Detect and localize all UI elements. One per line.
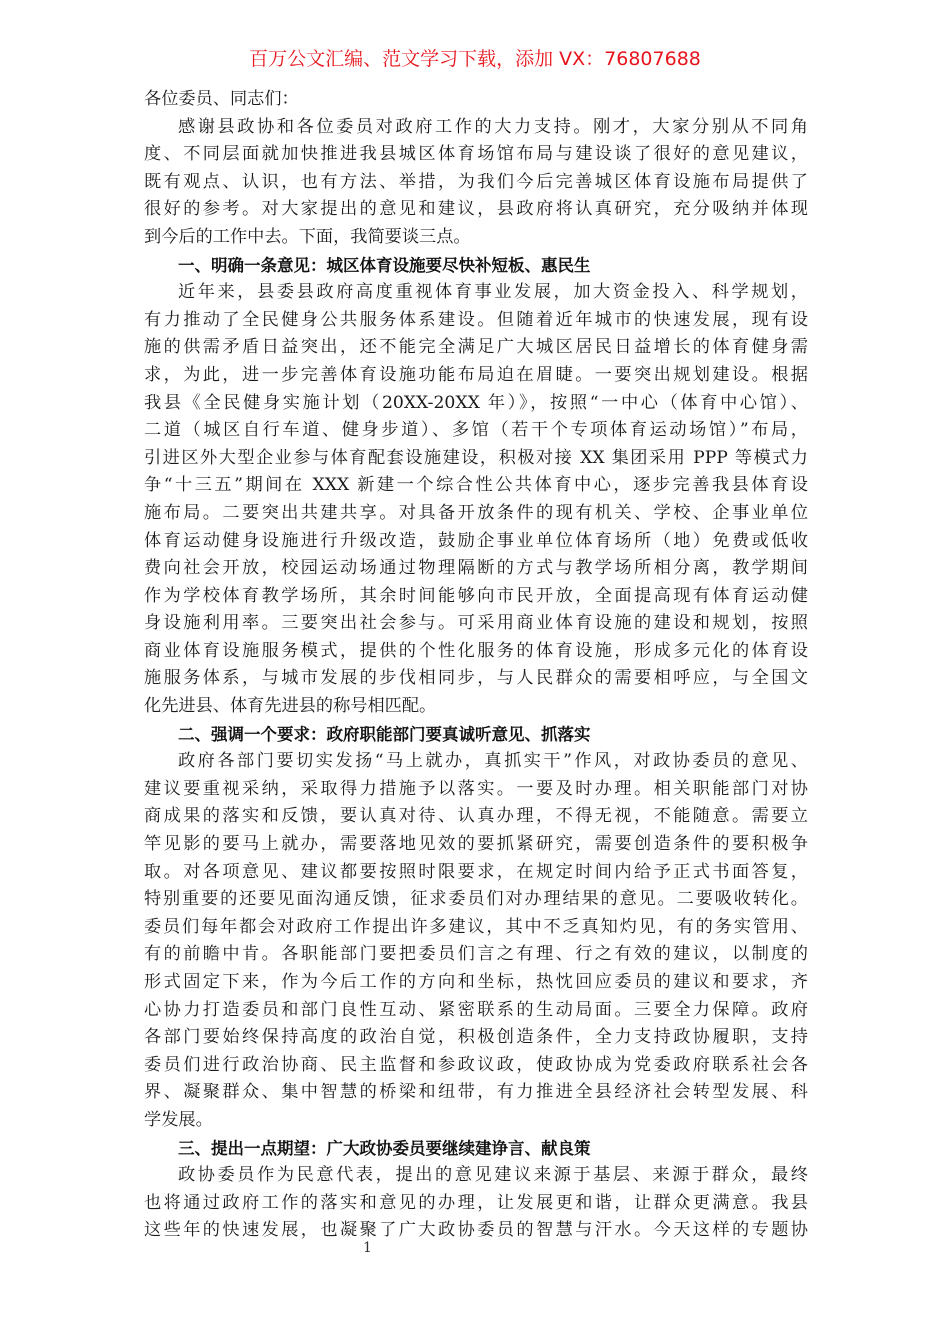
paragraph-line: 引进区外大型企业参与体育配套设施建设，积极对接 XX 集团采用 PPP 等模式力 <box>144 445 808 473</box>
paragraph-line: 求，为此，进一步完善体育设施功能布局迫在眉睫。一要突出规划建设。根据 <box>144 362 808 390</box>
paragraph-line: 商成果的落实和反馈，要认真对待、认真办理，不得无视，不能随意。需要立 <box>144 803 808 831</box>
paragraph-line: 各部门要始终保持高度的政治自觉，积极创造条件，全力支持政协履职，支持 <box>144 1024 808 1052</box>
paragraph-line: 体育运动健身设施进行升级改造，鼓励企事业单位体育场所（地）免费或低收 <box>144 528 808 556</box>
paragraph-first-line: 感谢县政协和各位委员对政府工作的大力支持。刚才，大家分别从不同角 <box>144 114 808 142</box>
paragraph-line: 委员们每年都会对政府工作提出许多建议，其中不乏真知灼见，有的务实管用、 <box>144 914 808 942</box>
paragraph-line: 委员们进行政治协商、民主监督和参政议政，使政协成为党委政府联系社会各 <box>144 1052 808 1080</box>
paragraph-line: 身设施利用率。三要突出社会参与。可采用商业体育设施的建设和规划，按照 <box>144 610 808 638</box>
page-number: 1 <box>0 1240 735 1256</box>
paragraph-line: 建议要重视采纳，采取得力措施予以落实。一要及时办理。相关职能部门对协 <box>144 776 808 804</box>
paragraph-line: 形式固定下来，作为今后工作的方向和坐标，热忱回应委员的建议和要求，齐 <box>144 969 808 997</box>
paragraph-line: 特别重要的还要见面沟通反馈，征求委员们对办理结果的意见。二要吸收转化。 <box>144 886 808 914</box>
paragraph-last-line: 化先进县、体育先进县的称号相匹配。 <box>144 693 808 721</box>
document-body: 各位委员、同志们：感谢县政协和各位委员对政府工作的大力支持。刚才，大家分别从不同… <box>144 86 808 1245</box>
section-heading: 三、提出一点期望：广大政协委员要继续建诤言、献良策 <box>144 1135 808 1163</box>
salutation: 各位委员、同志们： <box>144 86 808 114</box>
paragraph-line: 有的前瞻中肯。各职能部门要把委员们言之有理、行之有效的建议，以制度的 <box>144 941 808 969</box>
paragraph-line: 心协力打造委员和部门良性互动、紧密联系的生动局面。三要全力保障。政府 <box>144 997 808 1025</box>
paragraph-line: 度、不同层面就加快推进我县城区体育场馆布局与建设谈了很好的意见建议， <box>144 141 808 169</box>
paragraph-line: 施布局。二要突出共建共享。对具备开放条件的现有机关、学校、企事业单位 <box>144 500 808 528</box>
paragraph-first-line: 政协委员作为民意代表，提出的意见建议来源于基层、来源于群众，最终 <box>144 1162 808 1190</box>
paragraph-line: 竿见影的要马上就办，需要落地见效的要抓紧研究，需要创造条件的要积极争 <box>144 831 808 859</box>
paragraph-last-line: 学发展。 <box>144 1107 808 1135</box>
paragraph-last-line: 到今后的工作中去。下面，我简要谈三点。 <box>144 224 808 252</box>
document-page: 百万公文汇编、范文学习下载，添加 VX：76807688 各位委员、同志们：感谢… <box>0 0 950 1344</box>
section-heading: 二、强调一个要求：政府职能部门要真诚听意见、抓落实 <box>144 721 808 749</box>
paragraph-line: 作为学校体育教学场所，其余时间能够向市民开放，全面提高现有体育运动健 <box>144 583 808 611</box>
paragraph-line: 既有观点、认识，也有方法、举措，为我们今后完善城区体育设施布局提供了 <box>144 169 808 197</box>
paragraph-line: 施服务体系，与城市发展的步伐相同步，与人民群众的需要相呼应，与全国文 <box>144 665 808 693</box>
paragraph-line: 施的供需矛盾日益突出，还不能完全满足广大城区居民日益增长的体育健身需 <box>144 334 808 362</box>
paragraph-first-line: 政府各部门要切实发扬“马上就办，真抓实干”作风，对政协委员的意见、 <box>144 748 808 776</box>
paragraph-first-line: 近年来，县委县政府高度重视体育事业发展，加大资金投入、科学规划， <box>144 279 808 307</box>
paragraph-line: 有力推动了全民健身公共服务体系建设。但随着近年城市的快速发展，现有设 <box>144 307 808 335</box>
paragraph-line: 取。对各项意见、建议都要按照时限要求，在规定时间内给予正式书面答复， <box>144 859 808 887</box>
paragraph-line: 也将通过政府工作的落实和意见的办理，让发展更和谐，让群众更满意。我县 <box>144 1190 808 1218</box>
paragraph-line: 很好的参考。对大家提出的意见和建议，县政府将认真研究，充分吸纳并体现 <box>144 196 808 224</box>
paragraph-line: 我县《全民健身实施计划（20XX-20XX 年）》，按照“一中心（体育中心馆）、 <box>144 390 808 418</box>
paragraph-line: 商业体育设施服务模式，提供的个性化服务的体育设施，形成多元化的体育设 <box>144 638 808 666</box>
paragraph-line: 争“十三五”期间在 XXX 新建一个综合性公共体育中心，逐步完善我县体育设 <box>144 472 808 500</box>
paragraph-line: 费向社会开放，校园运动场通过物理隔断的方式与教学场所相分离，教学期间 <box>144 555 808 583</box>
watermark-banner: 百万公文汇编、范文学习下载，添加 VX：76807688 <box>0 46 950 72</box>
section-heading: 一、明确一条意见：城区体育设施要尽快补短板、惠民生 <box>144 252 808 280</box>
paragraph-line: 界、凝聚群众、集中智慧的桥梁和纽带，有力推进全县经济社会转型发展、科 <box>144 1079 808 1107</box>
paragraph-line: 二道（城区自行车道、健身步道）、多馆（若干个专项体育运动场馆）”布局， <box>144 417 808 445</box>
